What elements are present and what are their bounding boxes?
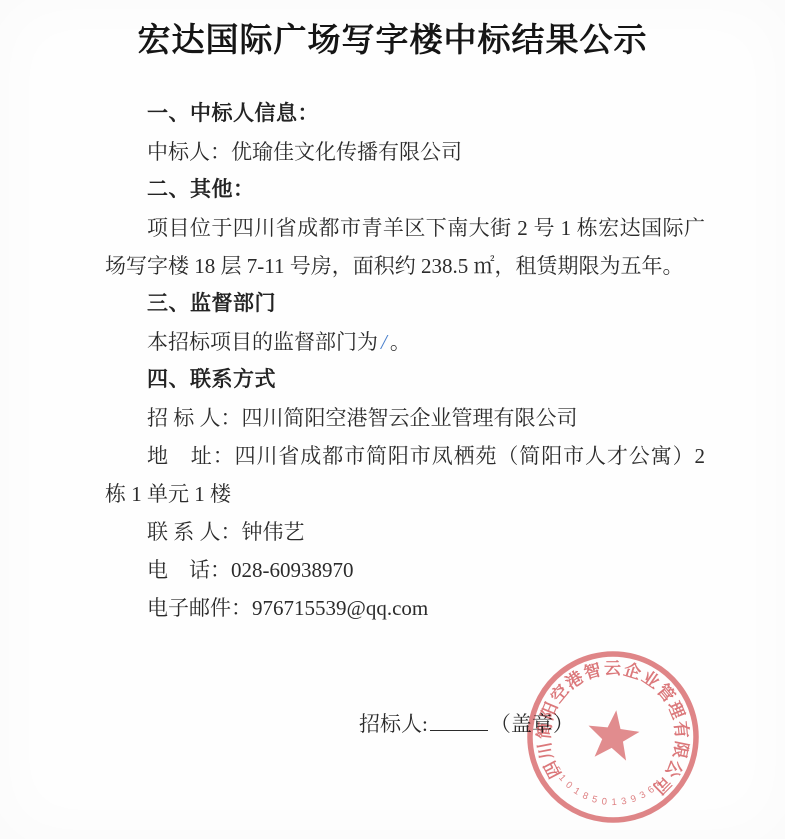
svg-text:5101850139364: 5101850139364 [547,761,669,815]
signature-underline [430,709,488,731]
supervision-line: 本招标项目的监督部门为/。 [105,323,705,361]
supervision-suffix: 。 [390,330,411,354]
address-line2: 栋 1 单元 1 楼 [105,475,705,513]
phone-line: 电 话：028-60938970 [105,551,705,589]
section1-heading: 一、中标人信息： [105,95,705,133]
signature-label: 招标人: [359,712,428,736]
winner-line: 中标人：优瑜佳文化传播有限公司 [105,133,705,171]
email-line: 电子邮件：976715539@qq.com [105,589,705,627]
project-paragraph-line2: 场写字楼 18 层 7-11 号房，面积约 238.5 ㎡，租赁期限为五年。 [105,247,705,285]
contact-person-line: 联 系 人：钟伟艺 [105,513,705,551]
document-page: 宏达国际广场写字楼中标结果公示 一、中标人信息： 中标人：优瑜佳文化传播有限公司… [0,0,785,839]
document-title: 宏达国际广场写字楼中标结果公示 [0,18,785,64]
section3-heading: 三、监督部门 [105,285,705,323]
supervision-prefix: 本招标项目的监督部门为 [147,330,378,354]
section2-heading: 二、其他： [105,171,705,209]
slash-placeholder: / [378,330,390,354]
address-line1: 地 址：四川省成都市简阳市凤栖苑（简阳市人才公寓）2 [105,437,705,475]
section4-heading: 四、联系方式 [105,361,705,399]
document-body: 一、中标人信息： 中标人：优瑜佳文化传播有限公司 二、其他： 项目位于四川省成都… [105,95,705,627]
seal-number-arc-text: 5101850139364 [547,761,669,815]
project-paragraph-line1: 项目位于四川省成都市青羊区下南大街 2 号 1 栋宏达国际广 [105,209,705,247]
stamp-note: （盖章） [490,712,574,736]
tenderer-line: 招 标 人：四川简阳空港智云企业管理有限公司 [105,399,705,437]
signature-line: 招标人:（盖章） [359,705,785,743]
